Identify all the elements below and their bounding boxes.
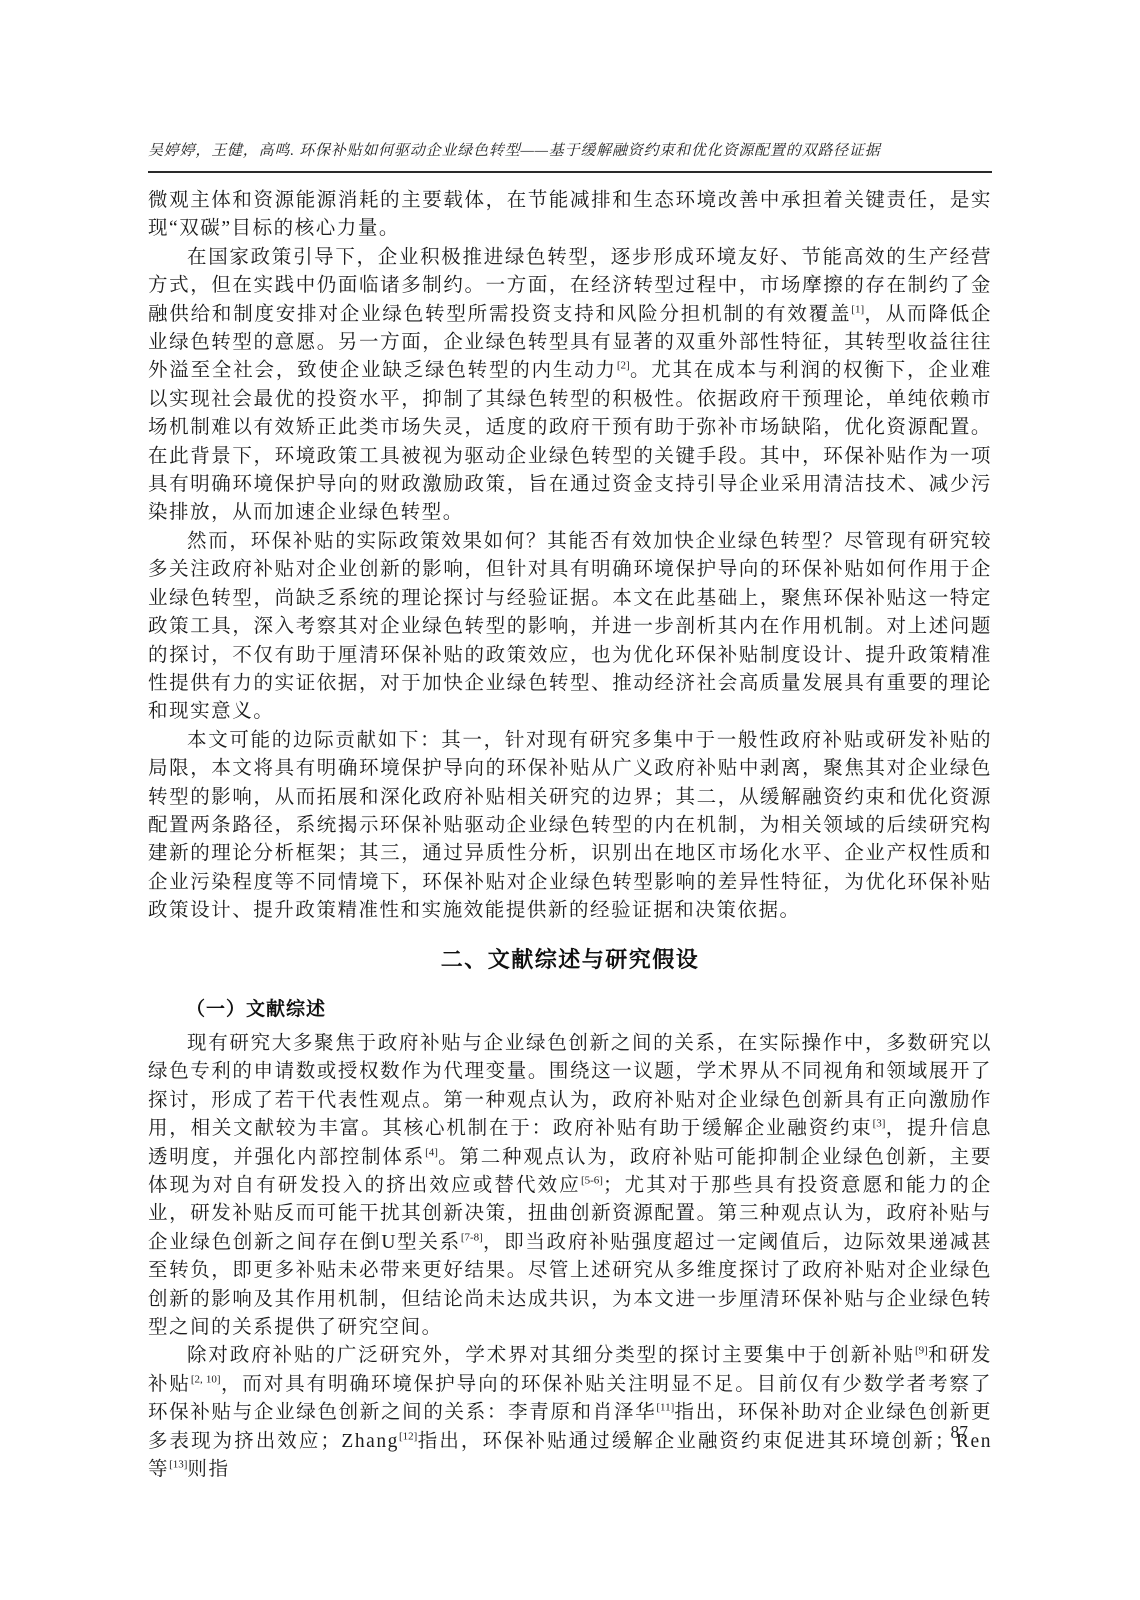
citation-marker: [13] [169, 1459, 187, 1471]
header-rule [148, 171, 992, 173]
paragraph: 然而，环保补贴的实际政策效果如何？其能否有效加快企业绿色转型？尽管现有研究较多关… [148, 528, 992, 727]
citation-marker: [7-8] [461, 1231, 483, 1243]
paragraph-continuation: 微观主体和资源能源消耗的主要载体，在节能减排和生态环境改善中承担着关键责任，是实… [148, 187, 992, 244]
citation-marker: [11] [656, 1402, 674, 1414]
paragraph: 现有研究大多聚焦于政府补贴与企业绿色创新之间的关系，在实际操作中，多数研究以绿色… [148, 1030, 992, 1342]
paragraph: 除对政府补贴的广泛研究外，学术界对其细分类型的探讨主要集中于创新补贴[9]和研发… [148, 1342, 992, 1484]
citation-marker: [9] [915, 1345, 928, 1357]
paper-page: 吴婷婷，王健，高鸣. 环保补贴如何驱动企业绿色转型——基于缓解融资约束和优化资源… [0, 0, 1140, 1600]
paragraph: 在国家政策引导下，企业积极推进绿色转型，逐步形成环境友好、节能高效的生产经营方式… [148, 244, 992, 528]
citation-marker: [2, 10] [191, 1373, 221, 1385]
page-number: 87 [951, 1422, 969, 1443]
running-header: 吴婷婷，王健，高鸣. 环保补贴如何驱动企业绿色转型——基于缓解融资约束和优化资源… [148, 139, 992, 160]
citation-marker: [4] [425, 1146, 438, 1158]
citation-marker: [5-6] [581, 1175, 603, 1187]
citation-marker: [12] [399, 1430, 417, 1442]
subsection-heading: （一）文献综述 [148, 996, 992, 1024]
paragraph: 本文可能的边际贡献如下：其一，针对现有研究多集中于一般性政府补贴或研发补贴的局限… [148, 727, 992, 926]
section-heading: 二、文献综述与研究假设 [148, 945, 992, 975]
citation-marker: [1] [851, 303, 864, 315]
citation-marker: [3] [873, 1118, 886, 1130]
page-body: 微观主体和资源能源消耗的主要载体，在节能减排和生态环境改善中承担着关键责任，是实… [148, 187, 992, 1484]
citation-marker: [2] [617, 360, 630, 372]
